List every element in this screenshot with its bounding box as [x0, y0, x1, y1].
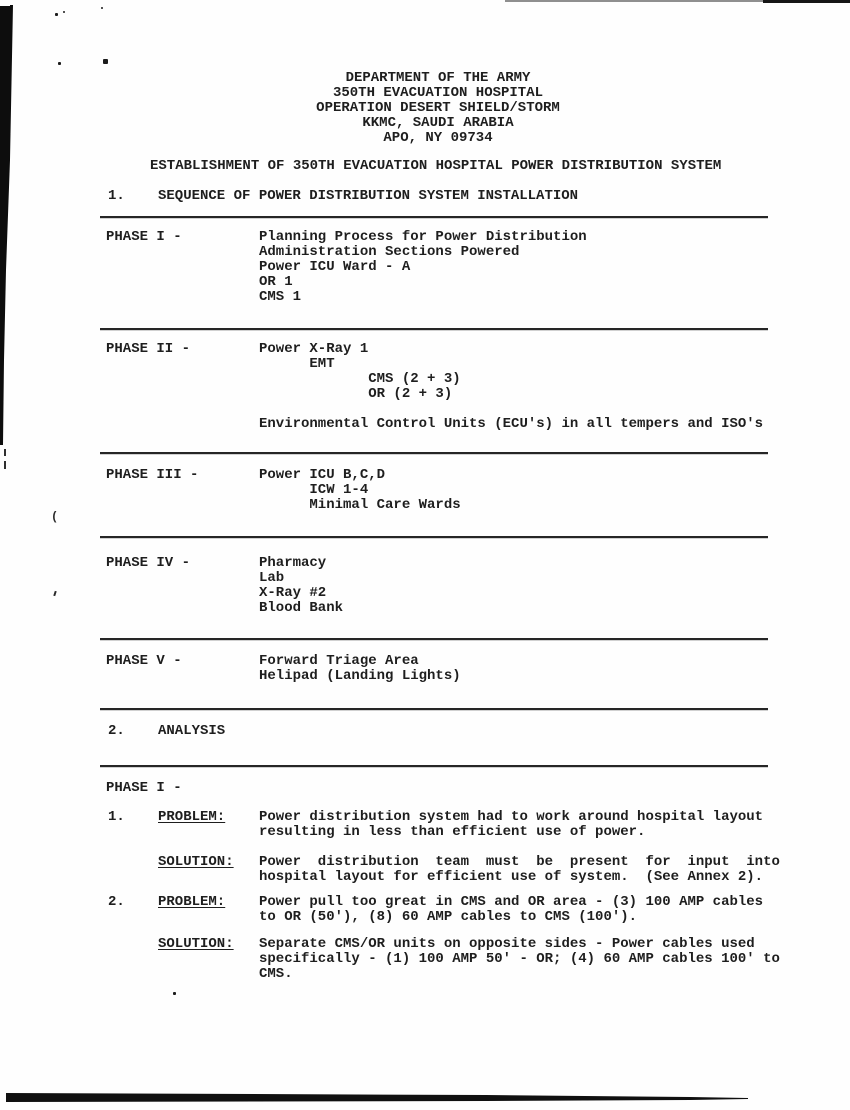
- scan-speck: [55, 13, 58, 16]
- scan-edge-bottom-bar: [6, 1092, 748, 1103]
- stray-paren-mark: (: [51, 510, 58, 525]
- scan-edge-dash: [4, 449, 6, 456]
- item-2-solution-text: Separate CMS/OR units on opposite sides …: [259, 937, 780, 982]
- phase-5-content: Forward Triage Area Helipad (Landing Lig…: [259, 654, 461, 684]
- phase-2-label: PHASE II -: [106, 342, 190, 357]
- horizontal-rule: [100, 328, 768, 330]
- scan-edge-notch: [0, 0, 10, 6]
- horizontal-rule: [100, 452, 768, 454]
- document-title: ESTABLISHMENT OF 350TH EVACUATION HOSPIT…: [150, 159, 721, 174]
- letterhead: DEPARTMENT OF THE ARMY 350TH EVACUATION …: [118, 71, 758, 146]
- item-2-number: 2.: [108, 895, 125, 910]
- scan-speck: [101, 7, 103, 9]
- horizontal-rule: [100, 708, 768, 710]
- horizontal-rule: [100, 638, 768, 640]
- letterhead-line: OPERATION DESERT SHIELD/STORM: [118, 101, 758, 116]
- scan-edge-top-strip: [763, 0, 850, 3]
- letterhead-line: DEPARTMENT OF THE ARMY: [118, 71, 758, 86]
- section-2-heading: ANALYSIS: [158, 724, 225, 739]
- phase-1-content: Planning Process for Power Distribution …: [259, 230, 587, 305]
- phase-2-content: Power X-Ray 1 EMT CMS (2 + 3) OR (2 + 3)…: [259, 342, 763, 432]
- letterhead-line: KKMC, SAUDI ARABIA: [118, 116, 758, 131]
- analysis-phase-label: PHASE I -: [106, 781, 182, 796]
- scanned-document-page: ( DEPARTMENT OF THE ARMY 350TH EVACUATIO…: [0, 0, 850, 1110]
- letterhead-line: APO, NY 09734: [118, 131, 758, 146]
- horizontal-rule: [100, 765, 768, 767]
- phase-3-content: Power ICU B,C,D ICW 1-4 Minimal Care War…: [259, 468, 461, 513]
- phase-1-label: PHASE I -: [106, 230, 182, 245]
- item-2-problem-label: PROBLEM:: [158, 895, 225, 910]
- horizontal-rule: [100, 216, 768, 218]
- letterhead-line: 350TH EVACUATION HOSPITAL: [118, 86, 758, 101]
- section-1-number: 1.: [108, 189, 125, 204]
- item-1-solution-text: Power distribution team must be present …: [259, 855, 780, 885]
- horizontal-rule: [100, 536, 768, 538]
- item-2-solution-label: SOLUTION:: [158, 937, 234, 952]
- section-1-heading: SEQUENCE OF POWER DISTRIBUTION SYSTEM IN…: [158, 189, 578, 204]
- item-1-solution-label: SOLUTION:: [158, 855, 234, 870]
- scan-speck: [173, 992, 176, 995]
- phase-5-label: PHASE V -: [106, 654, 182, 669]
- phase-3-label: PHASE III -: [106, 468, 198, 483]
- scan-edge-left-bar: [0, 0, 14, 470]
- item-1-problem-text: Power distribution system had to work ar…: [259, 810, 763, 840]
- section-2-number: 2.: [108, 724, 125, 739]
- scan-speck: [103, 59, 108, 64]
- item-1-number: 1.: [108, 810, 125, 825]
- phase-4-label: PHASE IV -: [106, 556, 190, 571]
- item-2-problem-text: Power pull too great in CMS and OR area …: [259, 895, 763, 925]
- item-1-problem-label: PROBLEM:: [158, 810, 225, 825]
- phase-4-content: Pharmacy Lab X-Ray #2 Blood Bank: [259, 556, 343, 616]
- scan-speck: [58, 62, 61, 65]
- scan-edge-dash: [4, 461, 6, 469]
- scan-speck: [63, 11, 65, 13]
- stray-tick-mark: [53, 591, 56, 596]
